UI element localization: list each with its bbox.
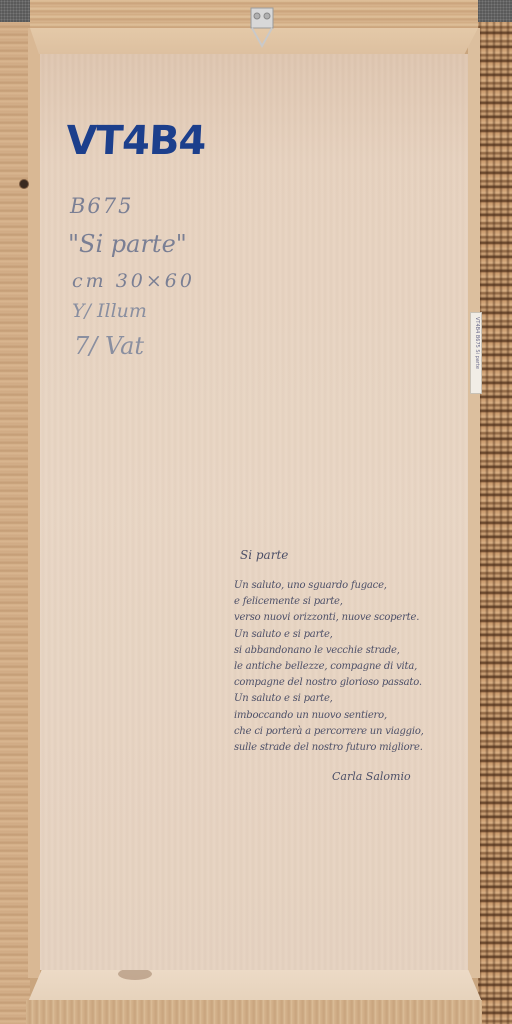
poem-title: Si parte bbox=[240, 548, 459, 562]
poem-line: imboccando un nuovo sentiero, bbox=[234, 708, 459, 724]
poem-line: Un saluto e si parte, bbox=[234, 627, 459, 643]
nail-icon bbox=[19, 179, 29, 189]
poem-line: Un saluto, uno sguardo fugace, bbox=[234, 578, 459, 594]
frame-bottom-rail bbox=[26, 1000, 482, 1024]
poem-author: Carla Salomio bbox=[332, 770, 459, 783]
poem-line: che ci porterà a percorrere un viaggio, bbox=[234, 724, 459, 740]
inner-bevel-right bbox=[468, 28, 480, 978]
poem-line: si abbandonano le vecchie strade, bbox=[234, 643, 459, 659]
artwork-title: "Si parte" bbox=[68, 230, 187, 258]
felt-pad-right bbox=[478, 0, 512, 22]
poem-line: Un saluto e si parte, bbox=[234, 691, 459, 707]
frame-left-rail bbox=[0, 22, 30, 1024]
frame-right-rail bbox=[478, 22, 512, 1024]
poem-line: sulle strade del nostro futuro migliore. bbox=[234, 740, 459, 756]
hanger-icon bbox=[250, 6, 274, 50]
signature-line-2: 7/ Vat bbox=[74, 332, 144, 360]
handwritten-poem: Si parte Un saluto, uno sguardo fugace, … bbox=[234, 548, 459, 783]
inventory-code: VT4B4 bbox=[65, 118, 207, 164]
poem-line: verso nuovi orizzonti, nuove scoperte. bbox=[234, 610, 459, 626]
poem-line: le antiche bellezze, compagne di vita, bbox=[234, 659, 459, 675]
felt-pad-left bbox=[0, 0, 30, 22]
wood-panel bbox=[40, 54, 468, 970]
artwork-dimensions: cm 30×60 bbox=[72, 270, 195, 292]
inner-bevel-left bbox=[28, 28, 40, 978]
signature-line-1: Y/ Illum bbox=[72, 300, 147, 322]
inner-bevel-bottom bbox=[28, 970, 482, 1002]
poem-line: e felicemente si parte, bbox=[234, 594, 459, 610]
poem-line: compagne del nostro glorioso passato. bbox=[234, 675, 459, 691]
inventory-number: B675 bbox=[70, 194, 134, 218]
side-label: VT4B4 B675 Si parte bbox=[470, 312, 482, 394]
side-label-text: VT4B4 B675 Si parte bbox=[472, 317, 480, 397]
